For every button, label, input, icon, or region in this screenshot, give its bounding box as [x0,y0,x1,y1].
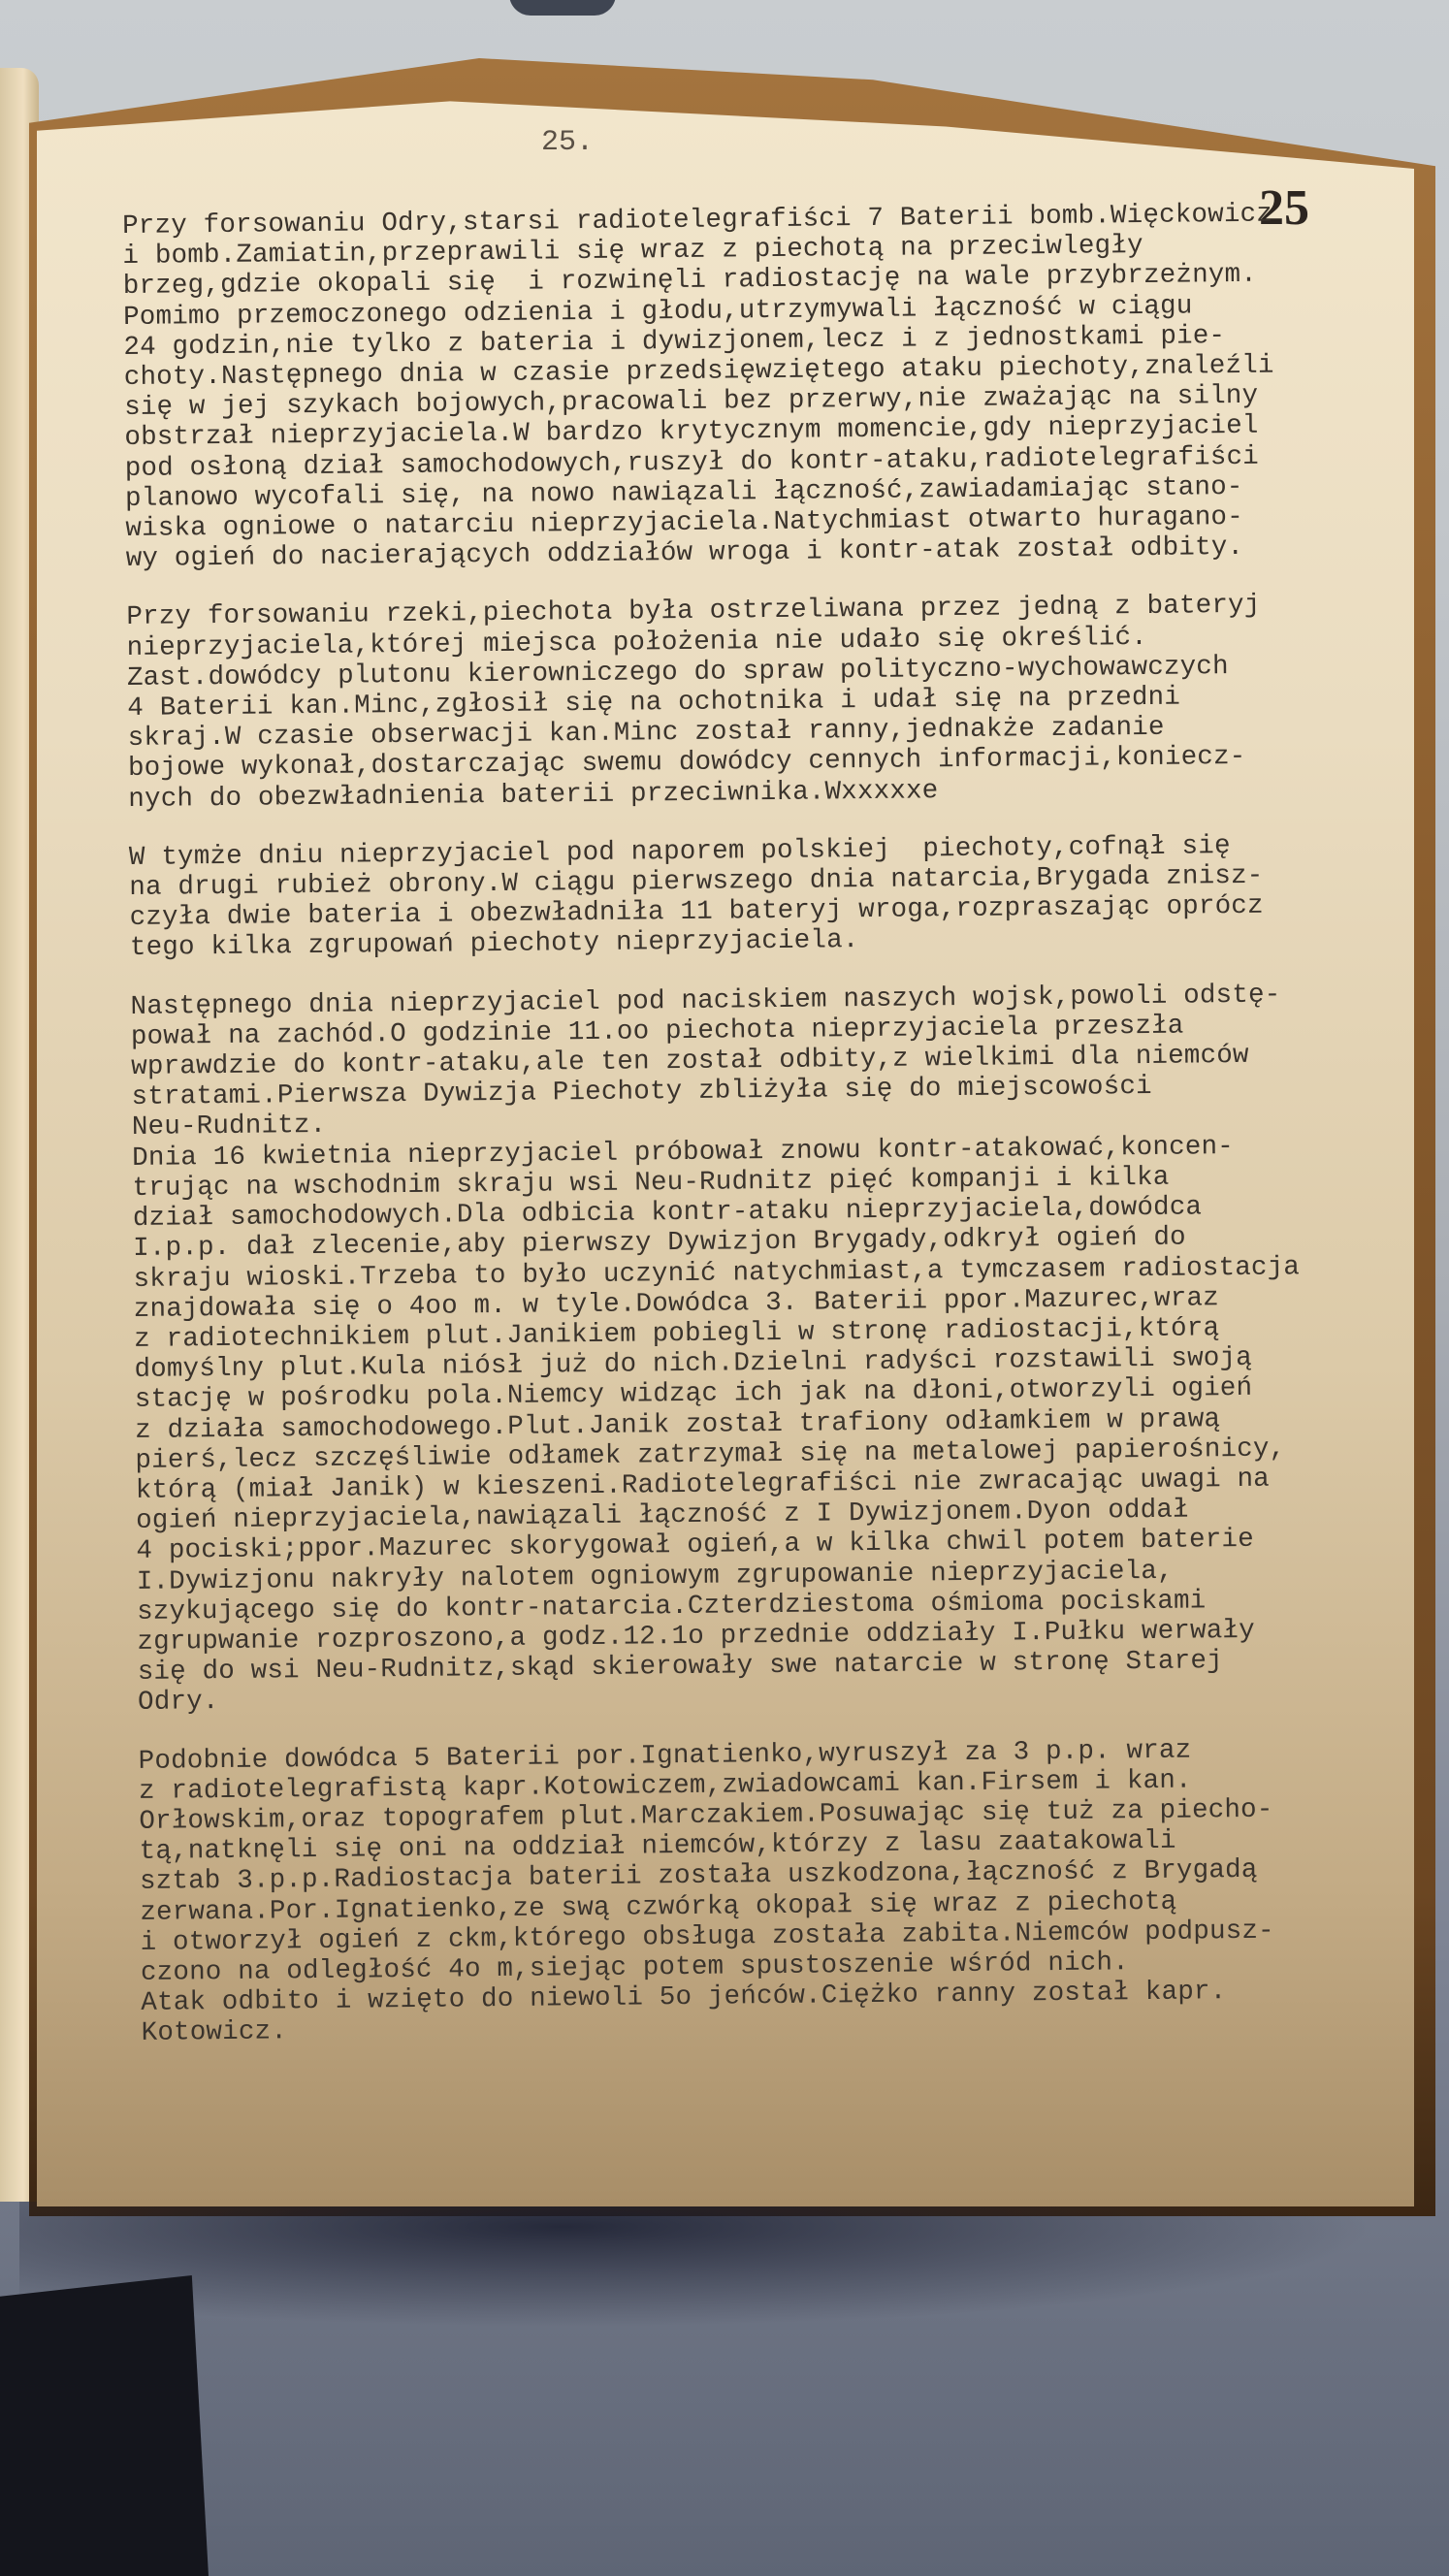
page-number-typed: 25. [541,126,594,159]
paragraph-5th-battery: Podobnie dowódca 5 Baterii por.Ignatienk… [139,1732,1441,2048]
paragraph-enemy-retreat: W tymże dniu nieprzyjaciel pod naporem p… [129,829,1430,964]
typewritten-page: 25. 25 Przy forsowaniu Odry,starsi radio… [37,97,1414,2206]
dark-object [0,2275,209,2576]
document-body: Przy forsowaniu Odry,starsi radiotelegra… [122,198,1441,2049]
paragraph-neu-rudnitz: Następnego dnia nieprzyjaciel pod nacisk… [130,979,1437,1719]
pushpin [509,0,616,16]
paragraph-river-forcing: Przy forsowaniu rzeki,piechota była ostr… [126,589,1428,814]
cover-shadow [19,2202,1377,2328]
paragraph-oder-crossing: Przy forsowaniu Odry,starsi radiotelegra… [122,198,1426,574]
